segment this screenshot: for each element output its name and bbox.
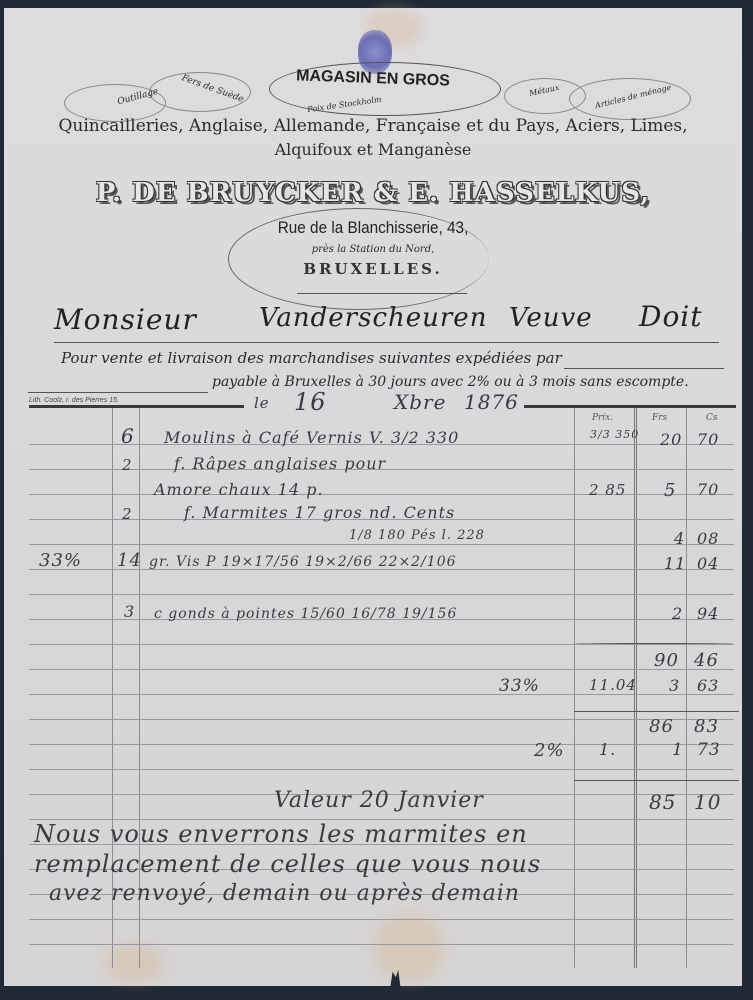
row-francs: 11 (664, 554, 686, 573)
header-centimes: Cs (706, 413, 718, 423)
row-qty: 14 (117, 550, 142, 571)
sum-rule (574, 643, 734, 644)
date-month: Xbre (394, 390, 446, 414)
row-rule (29, 594, 734, 595)
discount1-centimes: 63 (697, 676, 719, 695)
firm-name: P. DE BRUYCKER & E. HASSELKUS, (4, 178, 742, 208)
row-margin-note: 33% (39, 550, 82, 571)
paper-stain (374, 913, 444, 983)
table-top-rule (29, 405, 244, 408)
row-qty: 2 (122, 456, 133, 474)
row-centimes: 94 (697, 604, 719, 623)
note-line-2: remplacement de celles que vous nous (34, 850, 541, 878)
discount1-francs: 3 (669, 676, 680, 695)
blank-rule (564, 368, 724, 369)
row-qty: 2 (122, 505, 133, 523)
invoice-paper: MAGASIN EN GROS Outillage Fers de Suède … (4, 8, 742, 986)
row-rule (29, 544, 734, 545)
row-rule (29, 669, 734, 670)
row-qty: 3 (124, 602, 135, 621)
printer-credit: Lith. Coolz, r. des Pierres 15. (29, 397, 119, 404)
street-address: Rue de la Blanchisserie, 43, (41, 218, 705, 238)
near-station: près la Station du Nord, (4, 244, 742, 255)
valeur-note: Valeur 20 Janvier (274, 788, 484, 813)
blank-rule (28, 392, 208, 393)
salutation: Monsieur (54, 303, 197, 336)
note-line-3: avez renvoyé, demain ou après demain (49, 881, 520, 906)
trade-line: Quincailleries, Anglaise, Allemande, Fra… (4, 116, 742, 136)
note-line-1: Nous vous enverrons les marmites en (34, 820, 528, 848)
subtotal-centimes: 46 (694, 650, 719, 671)
header-prix: Prix. (592, 413, 613, 423)
row-francs: 4 (674, 529, 685, 548)
row-centimes: 08 (697, 529, 719, 548)
row-prix: 2 85 (589, 481, 626, 499)
row-desc: Amore chaux 14 p. (154, 480, 324, 499)
subtotal-francs: 90 (654, 650, 679, 671)
row-rule (29, 719, 734, 720)
discount2-label: 2% (534, 740, 565, 761)
table-top-rule (524, 405, 736, 408)
row-francs: 5 (664, 480, 676, 501)
row-rule (29, 769, 734, 770)
total-francs: 85 (649, 790, 676, 814)
date-day: 16 (294, 388, 327, 416)
row-francs: 20 (660, 430, 682, 449)
addressee-rule (54, 342, 719, 343)
date-prefix: le (254, 394, 270, 412)
row-rule (29, 744, 734, 745)
discount2-francs: 1 (672, 740, 684, 760)
paper-stain (104, 943, 164, 983)
row-rule (29, 494, 734, 495)
total-centimes: 10 (694, 790, 721, 814)
after-discount-francs: 86 (649, 716, 674, 737)
row-centimes: 70 (697, 430, 719, 449)
terms-line-1: Pour vente et livraison des marchandises… (61, 349, 562, 367)
row-desc: Moulins à Café Vernis V. 3/2 330 (164, 428, 459, 447)
trade-line-2: Alquifoux et Manganèse (4, 140, 742, 159)
row-desc: gr. Vis P 19×17/56 19×2/66 22×2/106 (149, 554, 457, 570)
row-rule (29, 694, 734, 695)
row-desc: f. Râpes anglaises pour (174, 454, 386, 473)
row-centimes: 70 (697, 480, 719, 499)
col-line (574, 408, 575, 968)
header-francs: Frs (652, 413, 667, 423)
row-francs: 2 (672, 604, 683, 623)
addressee-qualifier: Veuve (509, 303, 593, 333)
row-desc: f. Marmites 17 gros nd. Cents (184, 503, 455, 522)
row-desc: 1/8 180 Pés l. 228 (349, 528, 485, 543)
row-qty: 6 (121, 424, 135, 448)
row-rule (29, 944, 734, 945)
after-discount-centimes: 83 (694, 716, 719, 737)
discount1-base: 11.04 (589, 676, 637, 694)
row-prix: 3/3 350 (590, 428, 639, 441)
col-line (686, 408, 687, 968)
discount2-centimes: 73 (697, 740, 721, 760)
row-centimes: 04 (697, 554, 719, 573)
city: BRUXELLES. (4, 260, 742, 278)
discount2-base: 1. (599, 740, 616, 759)
terms-line-2: payable à Bruxelles à 30 jours avec 2% o… (212, 374, 689, 390)
ornament-rule (297, 293, 467, 294)
sum-rule (574, 780, 739, 781)
date-year: 1876 (464, 390, 519, 414)
row-rule (29, 919, 734, 920)
doit-label: Doit (639, 300, 703, 333)
row-desc: c gonds à pointes 15/60 16/78 19/156 (154, 606, 457, 622)
discount1-label: 33% (499, 676, 540, 696)
sum-rule (574, 711, 739, 712)
addressee-name: Vanderscheuren (259, 303, 487, 333)
row-rule (29, 644, 734, 645)
